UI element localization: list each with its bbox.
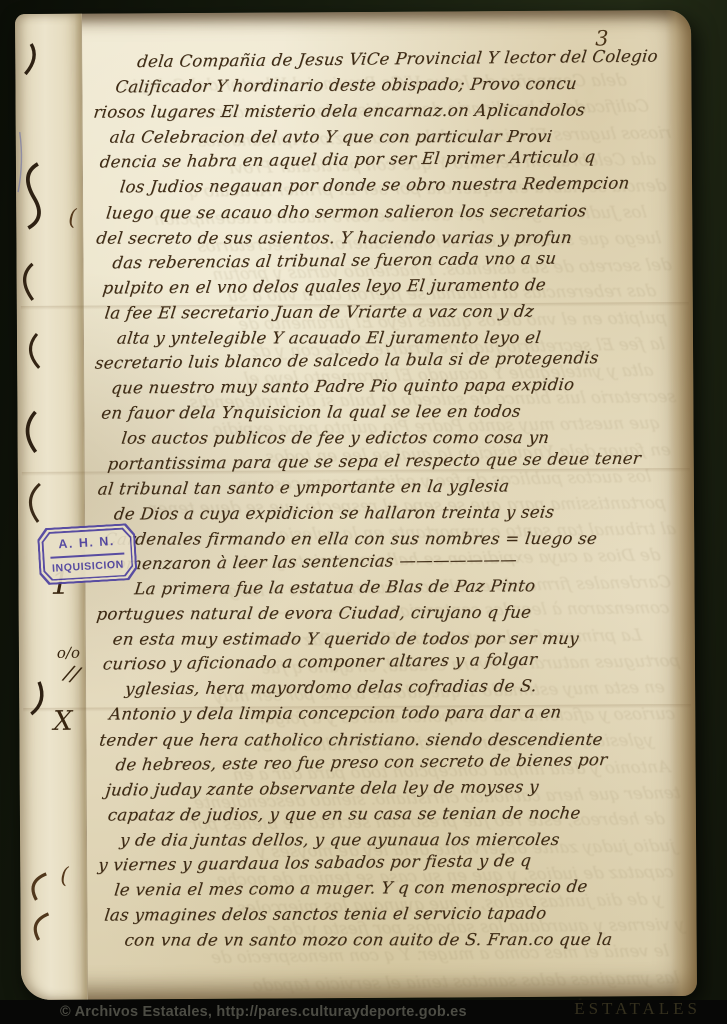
margin-mark-paren: ( <box>60 864 69 889</box>
margin-mark-paren: ( <box>68 206 77 231</box>
manuscript-line: la fee El secretario Juan de Vriarte a v… <box>87 298 664 326</box>
manuscript-line: das reberencias al tribunal se fueron ca… <box>87 244 664 275</box>
manuscript-line: le venia el mes como a muger. Y q con me… <box>91 873 668 903</box>
manuscript-line: portugues natural de evora Ciudad, ciruj… <box>89 599 666 627</box>
margin-mark-oo: o/o <box>57 644 80 662</box>
margin-mark-x: X <box>53 706 72 737</box>
manuscript-page: dela Compañia de Jesus ViCe Provincial Y… <box>15 10 697 1000</box>
manuscript-line: de Dios a cuya expidicion se hallaron tr… <box>89 499 666 527</box>
manuscript-line: Antonio y dela limpia concepcion todo pa… <box>90 699 667 727</box>
manuscript-line: judio juday zante observante dela ley de… <box>90 773 667 803</box>
estatales-background-watermark: ESTATALES <box>574 999 701 1019</box>
copyright-watermark: © Archivos Estatales, http://pares.cultu… <box>0 1004 467 1020</box>
ahn-inquisicion-stamp: A. H. N. INQUISICION <box>37 523 138 586</box>
manuscript-line: con vna de vn santo mozo con auito de S.… <box>91 927 668 953</box>
manuscript-line: que nuestro muy santo Padre Pio quinto p… <box>88 371 665 401</box>
manuscript-line: yglesias, hera mayordomo delas cofradias… <box>90 673 667 703</box>
manuscript-line: los Judios negauan por donde se obro nue… <box>87 171 664 201</box>
manuscript-line: Calificador Y hordinario deste obispado;… <box>86 70 663 100</box>
manuscript-photo: dela Compañia de Jesus ViCe Provincial Y… <box>0 0 727 1024</box>
manuscript-line: las ymagines delos sanctos tenia el serv… <box>91 900 668 928</box>
manuscript-line: La primera fue la estatua de Blas de Paz… <box>89 572 666 602</box>
manuscript-line: de hebreos, este reo fue preso con secre… <box>90 746 667 777</box>
manuscript-line: pulpito en el vno delos quales leyo El j… <box>87 271 664 301</box>
manuscript-line: en fauor dela Ynquisicion la qual se lee… <box>88 398 665 426</box>
manuscript-line: capataz de judios, y que en su casa se t… <box>90 800 667 828</box>
stamp-section-label: INQUISICION <box>52 559 125 575</box>
stamp-divider <box>50 552 125 558</box>
manuscript-lines: dela Compañia de Jesus ViCe Provincial Y… <box>87 46 667 953</box>
stamp-archive-initials: A. H. N. <box>58 534 115 551</box>
manuscript-line: las ymagines delos sanctos tenia el serv… <box>64 965 694 1003</box>
previous-page-edge <box>15 14 88 1000</box>
manuscript-line: al tribunal tan santo e ymportante en la… <box>88 472 665 502</box>
deckled-right-edge <box>665 10 697 996</box>
manuscript-line: riosos lugares El misterio dela encarnaz… <box>86 97 663 125</box>
manuscript-line: luego que se acauo dho sermon salieron l… <box>87 198 664 226</box>
